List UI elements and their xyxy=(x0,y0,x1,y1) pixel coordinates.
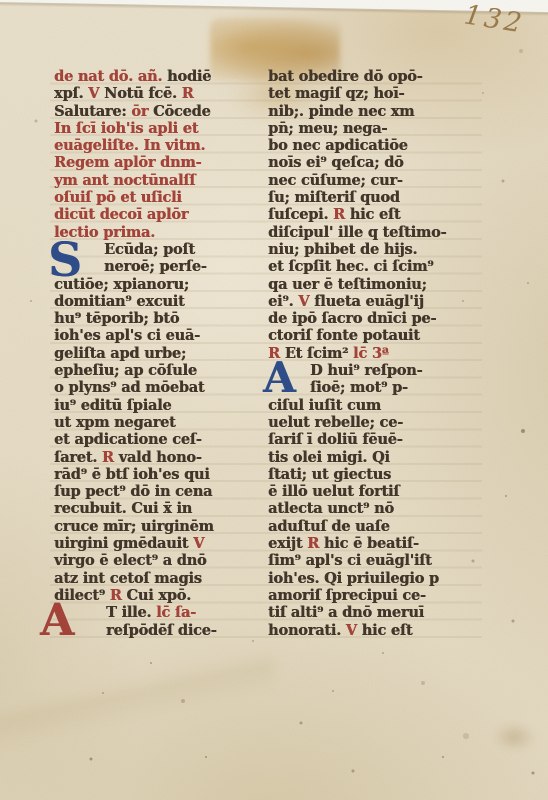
text-segment: ſu; miſteriſ quod xyxy=(268,189,400,206)
text-line: bo nec apdicatiōe xyxy=(268,137,482,154)
manuscript-photo: { "page": { "folio_number": "132" }, "co… xyxy=(0,0,548,800)
text-segment: uelut rebelle; ce- xyxy=(268,414,403,431)
text-segment: oſuiſ pō et uſicli xyxy=(54,189,182,206)
text-segment: noīs ei⁹ qeſca; dō xyxy=(268,154,404,171)
text-line: et ſcpſit hec. ci ſcim⁹ xyxy=(268,258,482,275)
text-line: uelut rebelle; ce- xyxy=(268,414,482,431)
text-line: ſaret. R vald hono- xyxy=(54,449,266,466)
text-segment: atz int cetoſ magis xyxy=(54,570,202,587)
text-line: honorati. V hic eſt xyxy=(268,622,482,639)
text-segment: hic eſt xyxy=(350,206,401,223)
text-line: atlecta unct⁹ nō xyxy=(268,500,482,517)
text-segment: recubuit. Cui x̄ in xyxy=(54,500,192,517)
text-line: Salutare: ōr Cōcede xyxy=(54,103,266,120)
text-segment: In ſcī ioh'is apli et xyxy=(54,120,198,137)
text-line: pn̄; meu; nega- xyxy=(268,120,482,137)
text-segment: R xyxy=(307,535,324,552)
text-segment: rād⁹ ē btſ ioh'es qui xyxy=(54,466,210,483)
text-segment: ioh'es apl's ci euā- xyxy=(54,327,200,344)
text-line: ſuſcepi. R hic eſt xyxy=(268,206,482,223)
text-line: lectio prima. xyxy=(54,224,266,241)
text-segment: ioh'es. Qi priuilegio p xyxy=(268,570,439,587)
text-segment: vald hono- xyxy=(119,449,202,466)
left-column: de nat dō. añ. hodiēxpſ. V Notū fcē. RSa… xyxy=(54,68,266,639)
text-line: ſioē; mot⁹ p- xyxy=(268,379,482,396)
text-line: recubuit. Cui x̄ in xyxy=(54,500,266,517)
text-line: niu; phibet de hijs. xyxy=(268,241,482,258)
text-line: Ecūda; poſt xyxy=(54,241,266,258)
text-segment: uirgini gmēdauit xyxy=(54,535,193,552)
text-line: de nat dō. añ. hodiē xyxy=(54,68,266,85)
text-segment: Cui xpō. xyxy=(126,587,191,604)
text-line: de ipō ſacro dnīci pe- xyxy=(268,310,482,327)
text-line: reſpōdēſ dice- xyxy=(54,622,266,639)
text-segment: ctoriſ fonte potauit xyxy=(268,327,420,344)
text-segment: tet magiſ qz; hoī- xyxy=(268,85,404,102)
text-line: xpſ. V Notū fcē. R xyxy=(54,85,266,102)
text-segment: lc̄ 3ª xyxy=(353,345,389,362)
text-line: dicūt decoī aplōr xyxy=(54,206,266,223)
text-line: ſariſ ī doliū fēuē- xyxy=(268,431,482,448)
text-segment: o plyns⁹ ad mōebat xyxy=(54,379,204,396)
text-segment: iu⁹ editū ſpiale xyxy=(54,397,171,414)
text-segment: aduſtuſ de uaſe xyxy=(268,518,390,535)
text-line: oſuiſ pō et uſicli xyxy=(54,189,266,206)
text-line: qa uer ē teſtimoniu; xyxy=(268,276,482,293)
text-segment: de ipō ſacro dnīci pe- xyxy=(268,310,436,327)
text-segment: dicūt decoī aplōr xyxy=(54,206,188,223)
text-segment: geliſta apd urbe; xyxy=(54,345,186,362)
text-segment: amoriſ ſprecipui ce- xyxy=(268,587,426,604)
text-line: Regem aplōr dnm- xyxy=(54,154,266,171)
text-line: dilect⁹ R Cui xpō. xyxy=(54,587,266,604)
text-line: hu⁹ tēporib; btō xyxy=(54,310,266,327)
text-segment: D hui⁹ reſpon- xyxy=(310,362,422,379)
text-line: o plyns⁹ ad mōebat xyxy=(54,379,266,396)
text-segment: ei⁹. xyxy=(268,293,298,310)
text-line: ſup pect⁹ dō in cena xyxy=(54,483,266,500)
text-segment: hic eſt xyxy=(362,622,413,639)
text-line: cutiōe; xpianoru; xyxy=(54,276,266,293)
text-line: aduſtuſ de uaſe xyxy=(268,518,482,535)
text-segment: V xyxy=(88,85,104,102)
text-segment: hic ē beatiſ- xyxy=(324,535,419,552)
text-line: nib;. pinde nec xm xyxy=(268,103,482,120)
illuminated-initial-a-blue: A xyxy=(263,357,296,399)
stain-smudge xyxy=(492,722,536,752)
text-segment: ſuſcepi. xyxy=(268,206,333,223)
text-line: virgo ē elect⁹ a dnō xyxy=(54,552,266,569)
text-line: ſtati; ut giectus xyxy=(268,466,482,483)
text-segment: R xyxy=(110,587,127,604)
text-segment: honorati. xyxy=(268,622,346,639)
text-segment: hodiē xyxy=(167,68,211,85)
text-segment: niu; phibet de hijs. xyxy=(268,241,417,258)
text-segment: et ſcpſit hec. ci ſcim⁹ xyxy=(268,258,433,275)
text-line: D hui⁹ reſpon- xyxy=(268,362,482,379)
text-segment: cruce mīr; uirginēm xyxy=(54,518,214,535)
text-segment: flueta euāgl'ij xyxy=(314,293,424,310)
text-segment: bat obedire dō opō- xyxy=(268,68,422,85)
text-line: neroē; perſe- xyxy=(54,258,266,275)
text-line: tet magiſ qz; hoī- xyxy=(268,85,482,102)
text-segment: et apdicatione ceſ- xyxy=(54,431,202,448)
text-segment: virgo ē elect⁹ a dnō xyxy=(54,552,206,569)
text-segment: lc̄ ſa- xyxy=(156,604,196,621)
text-line: ei⁹. V flueta euāgl'ij xyxy=(268,293,482,310)
text-line: ym ant noctūnalſſ xyxy=(54,172,266,189)
text-segment: pn̄; meu; nega- xyxy=(268,120,387,137)
text-line: domitian⁹ excuit xyxy=(54,293,266,310)
text-line: geliſta apd urbe; xyxy=(54,345,266,362)
text-line: noīs ei⁹ qeſca; dō xyxy=(268,154,482,171)
text-line: ciſul iuſit cum xyxy=(268,397,482,414)
right-column: bat obedire dō opō-tet magiſ qz; hoī-nib… xyxy=(268,68,482,639)
text-segment: nib;. pinde nec xm xyxy=(268,103,414,120)
text-line: amoriſ ſprecipui ce- xyxy=(268,587,482,604)
text-line: ſim⁹ apl's ci euāgl'iſt xyxy=(268,552,482,569)
text-segment: atlecta unct⁹ nō xyxy=(268,500,394,517)
text-segment: ōr xyxy=(131,103,153,120)
text-segment: xpſ. xyxy=(54,85,88,102)
text-segment: euāgeliſte. In vitm. xyxy=(54,137,205,154)
text-segment: neroē; perſe- xyxy=(104,258,207,275)
text-line: cruce mīr; uirginēm xyxy=(54,518,266,535)
text-line: R Et ſcim² lc̄ 3ª xyxy=(268,345,482,362)
text-line: diſcipul' ille q teſtimo- xyxy=(268,224,482,241)
text-segment: domitian⁹ excuit xyxy=(54,293,184,310)
text-segment: V xyxy=(346,622,362,639)
text-line: ctoriſ fonte potauit xyxy=(268,327,482,344)
text-segment: ē illō uelut fortiſ xyxy=(268,483,399,500)
text-line: ioh'es apl's ci euā- xyxy=(54,327,266,344)
text-segment: ſup pect⁹ dō in cena xyxy=(54,483,212,500)
text-line: ut xpm negaret xyxy=(54,414,266,431)
text-line: T ille. lc̄ ſa- xyxy=(54,604,266,621)
text-segment: Ecūda; poſt xyxy=(104,241,195,258)
text-segment: ſariſ ī doliū fēuē- xyxy=(268,431,403,448)
text-segment: V xyxy=(298,293,314,310)
text-line: bat obedire dō opō- xyxy=(268,68,482,85)
text-line: tis olei migi. Qi xyxy=(268,449,482,466)
text-segment: Salutare: xyxy=(54,103,131,120)
text-segment: R xyxy=(182,85,194,102)
text-line: epheſiu; ap cōſule xyxy=(54,362,266,379)
text-line: euāgeliſte. In vitm. xyxy=(54,137,266,154)
text-line: uirgini gmēdauit V xyxy=(54,535,266,552)
text-segment: ſaret. xyxy=(54,449,102,466)
text-segment: Regem aplōr dnm- xyxy=(54,154,201,171)
text-line: et apdicatione ceſ- xyxy=(54,431,266,448)
text-segment: ſioē; mot⁹ p- xyxy=(310,379,408,396)
text-segment: R xyxy=(333,206,350,223)
text-line: rād⁹ ē btſ ioh'es qui xyxy=(54,466,266,483)
text-line: nec cūſume; cur- xyxy=(268,172,482,189)
text-segment: tiſ alti⁹ a dnō meruī xyxy=(268,604,424,621)
text-line: ioh'es. Qi priuilegio p xyxy=(268,570,482,587)
text-segment: T ille. xyxy=(106,604,156,621)
text-segment: diſcipul' ille q teſtimo- xyxy=(268,224,446,241)
text-segment: Cōcede xyxy=(153,103,210,120)
text-line: tiſ alti⁹ a dnō meruī xyxy=(268,604,482,621)
illuminated-initial-a-red: A xyxy=(40,599,74,643)
text-segment: ym ant noctūnalſſ xyxy=(54,172,195,189)
text-segment: tis olei migi. Qi xyxy=(268,449,390,466)
text-line: iu⁹ editū ſpiale xyxy=(54,397,266,414)
text-segment: exijt xyxy=(268,535,307,552)
text-line: atz int cetoſ magis xyxy=(54,570,266,587)
text-segment: bo nec apdicatiōe xyxy=(268,137,408,154)
parchment-specks xyxy=(0,0,2,2)
text-line: ſu; miſteriſ quod xyxy=(268,189,482,206)
text-segment: qa uer ē teſtimoniu; xyxy=(268,276,427,293)
text-segment: ut xpm negaret xyxy=(54,414,176,431)
illuminated-initial-s: S xyxy=(48,237,82,284)
text-line: ē illō uelut fortiſ xyxy=(268,483,482,500)
text-segment: ſim⁹ apl's ci euāgl'iſt xyxy=(268,552,432,569)
text-segment: ſtati; ut giectus xyxy=(268,466,391,483)
text-segment: reſpōdēſ dice- xyxy=(106,622,216,639)
text-segment: de nat dō. añ. xyxy=(54,68,167,85)
text-line: In ſcī ioh'is apli et xyxy=(54,120,266,137)
text-segment: R xyxy=(102,449,119,466)
text-segment: Notū fcē. xyxy=(104,85,182,102)
text-segment: hu⁹ tēporib; btō xyxy=(54,310,179,327)
text-line: exijt R hic ē beatiſ- xyxy=(268,535,482,552)
text-segment: nec cūſume; cur- xyxy=(268,172,403,189)
text-segment: V xyxy=(193,535,204,552)
text-segment: epheſiu; ap cōſule xyxy=(54,362,197,379)
